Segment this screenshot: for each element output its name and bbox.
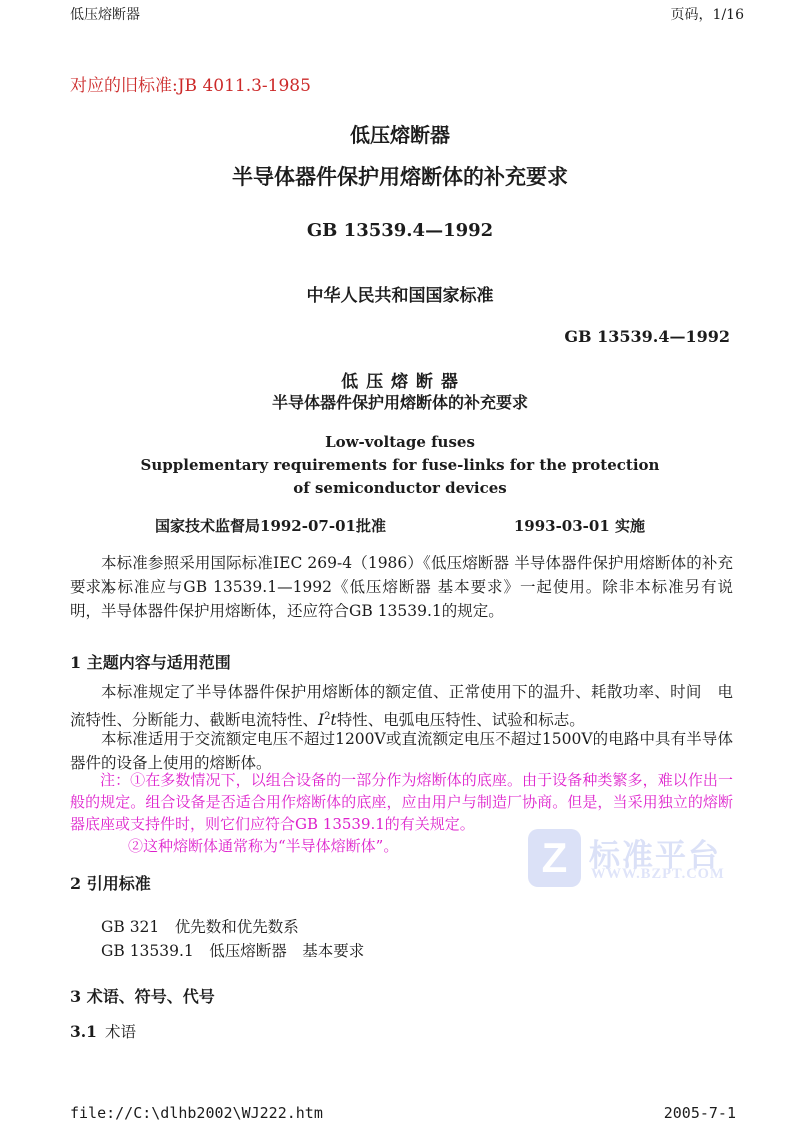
i2t-symbol: I2t [318, 711, 337, 729]
effective-date: 1993-03-01 实施 [514, 515, 645, 536]
section-1-heading: 1 主题内容与适用范围 [70, 650, 231, 673]
header-page-number: 页码，1/16 [671, 4, 744, 24]
footer-file-path: file://C:\dlhb2002\WJ222.htm [70, 1104, 323, 1122]
standard-code-right: GB 13539.4—1992 [564, 327, 730, 346]
subsection-3-1: 3.1术语 [70, 1020, 136, 1042]
section-2-heading: 2 引用标准 [70, 871, 151, 894]
standard-title-cn-line2: 半导体器件保护用熔断体的补充要求 [0, 390, 800, 413]
standard-title-cn-line1: 低 压 熔 断 器 [0, 367, 800, 392]
header-doc-title: 低压熔断器 [70, 4, 140, 24]
referenced-standards-list: GB 321 优先数和优先数系 GB 13539.1 低压熔断器 基本要求 [70, 915, 364, 963]
subsection-3-1-number: 3.1 [70, 1022, 97, 1041]
referenced-standard-item: GB 13539.1 低压熔断器 基本要求 [70, 939, 364, 963]
approval-authority: 国家技术监督局1992-07-01批准 [155, 515, 386, 536]
watermark-url-text: WWW.BZPT.COM [591, 866, 725, 883]
intro-paragraph-2: 本标准应与GB 13539.1—1992《低压熔断器 基本要求》一起使用。除非本… [70, 576, 733, 623]
subsection-3-1-label: 术语 [105, 1023, 136, 1041]
cover-title-line1: 低压熔断器 [0, 119, 800, 148]
watermark-logo-letter: Z [542, 834, 568, 881]
national-standard-label: 中华人民共和国国家标准 [0, 281, 800, 306]
referenced-standard-item: GB 321 优先数和优先数系 [70, 915, 364, 939]
standard-title-en-line1: Low-voltage fuses [0, 433, 800, 451]
section-3-heading: 3 术语、符号、代号 [70, 984, 215, 1007]
watermark-logo-icon: Z [528, 829, 581, 887]
scope-paragraph-1-post: 特性、电弧电压特性、试验和标志。 [337, 711, 585, 729]
scope-paragraph-2: 本标准适用于交流额定电压不超过1200V或直流额定电压不超过1500V的电路中具… [70, 728, 733, 775]
standard-title-en-line3: of semiconductor devices [0, 479, 800, 497]
old-standard-note: 对应的旧标准:JB 4011.3-1985 [70, 71, 311, 96]
note-item-1: 注：①在多数情况下，以组合设备的一部分作为熔断体的底座。由于设备种类繁多，难以作… [70, 769, 733, 835]
document-page: 低压熔断器 页码，1/16 对应的旧标准:JB 4011.3-1985 低压熔断… [0, 0, 800, 1132]
footer-date: 2005-7-1 [664, 1104, 736, 1122]
standard-code-center: GB 13539.4—1992 [0, 220, 800, 241]
cover-title-line2: 半导体器件保护用熔断体的补充要求 [0, 161, 800, 191]
scope-paragraph-1: 本标准规定了半导体器件保护用熔断体的额定值、正常使用下的温升、耗散功率、时间 电… [70, 681, 733, 732]
standard-title-en-line2: Supplementary requirements for fuse-link… [0, 456, 800, 474]
